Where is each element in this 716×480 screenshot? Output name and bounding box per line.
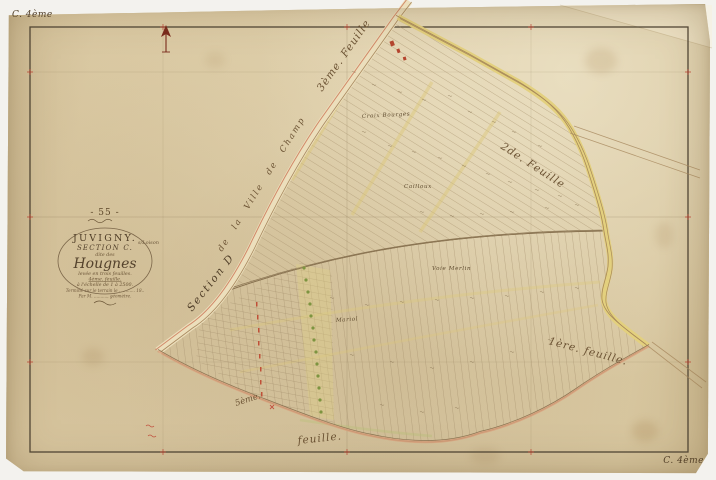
commune-note: s/Loison <box>138 240 159 246</box>
corner-mark-top-left: C. 4ème <box>12 9 53 20</box>
cartouche: - 55 - JUVIGNY. s/Loison SECTION C. dite… <box>58 208 159 305</box>
lieu-dit-label: Voie Merlin <box>432 266 471 272</box>
cartouche-scale: à l'échelle de 1 à 2500. <box>77 281 134 288</box>
map-drawing: - 55 - JUVIGNY. s/Loison SECTION C. dite… <box>0 0 716 480</box>
cartouche-sub2: 4ème. feuille. <box>88 276 122 283</box>
lieu-dit-label: Cailloux <box>404 184 432 190</box>
cartouche-flourish-top <box>88 219 112 223</box>
corner-mark-bottom-right: C. 4ème <box>663 455 704 466</box>
red-check-mark <box>270 405 274 409</box>
cartouche-date-line: Terminé sur le terrain le .. ......... 1… <box>66 288 145 293</box>
sheet-ref-bottom-center: feuille. <box>296 430 343 447</box>
section-title: SECTION C. <box>77 244 133 252</box>
margin-red-notes <box>146 425 156 437</box>
cartouche-sub1: levée en trois feuilles. <box>78 270 132 277</box>
section-lieu-name: Hougnes <box>72 256 136 272</box>
commune-name: JUVIGNY. <box>72 233 137 244</box>
cartouche-flourish-bottom <box>94 301 116 305</box>
plan-number: - 55 - <box>90 208 119 218</box>
cartouche-surveyor-line: Par M. .........., géomètre. <box>77 294 131 299</box>
north-arrow-icon <box>161 25 171 52</box>
